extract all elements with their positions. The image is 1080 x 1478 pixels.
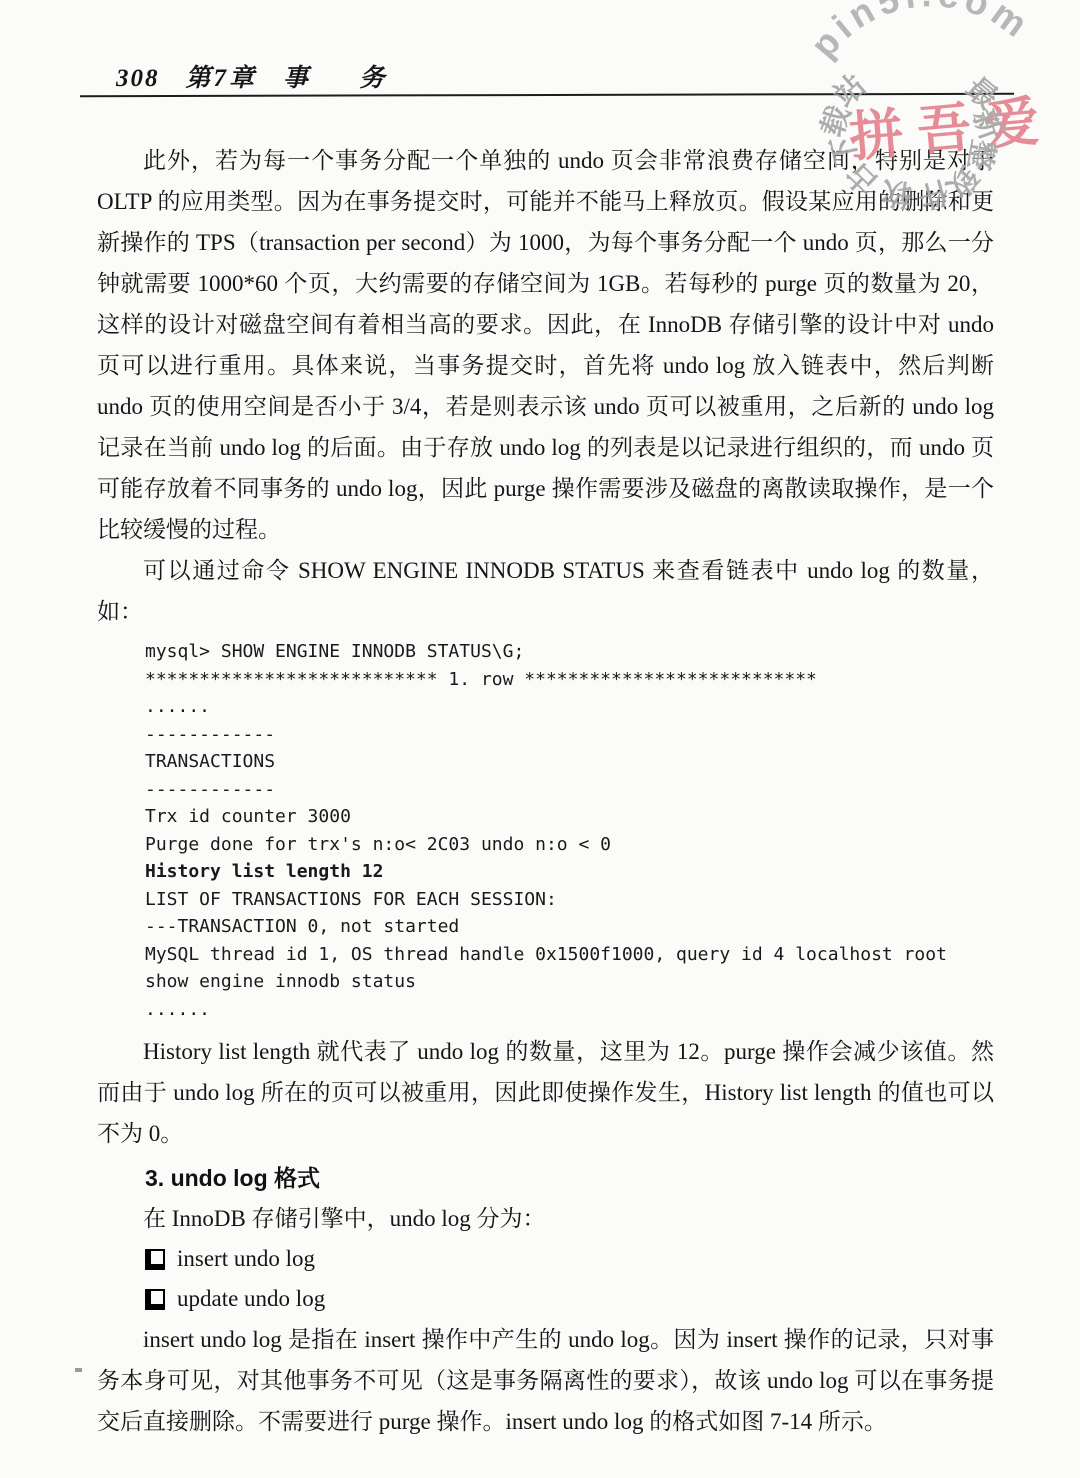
list-item-insert-undo-log: insert undo log bbox=[145, 1239, 994, 1279]
code-line: MySQL thread id 1, OS thread handle 0x15… bbox=[145, 941, 994, 969]
undo-log-type-list: insert undo log update undo log bbox=[97, 1239, 994, 1319]
chapter-label: 第7章 bbox=[186, 58, 258, 94]
chapter-title: 事 务 bbox=[283, 58, 387, 94]
watermark-arc-text: pin5i.com bbox=[803, 0, 1039, 65]
book-page-scan: 308 第7章 事 务 pin5i.com 拼吾爱 站 载 下 古 软 件 致 … bbox=[0, 0, 1080, 1478]
paragraph-undo-page-reuse: 此外，若为每一个事务分配一个单独的 undo 页会非常浪费存储空间，特别是对于 … bbox=[97, 140, 994, 550]
list-item-label: insert undo log bbox=[177, 1246, 315, 1272]
code-line: mysql> SHOW ENGINE INNODB STATUS\G; bbox=[145, 638, 994, 666]
code-line: TRANSACTIONS bbox=[145, 748, 994, 776]
list-item-update-undo-log: update undo log bbox=[145, 1279, 994, 1319]
code-line: Purge done for trx's n:o< 2C03 undo n:o … bbox=[145, 831, 994, 859]
square-bullet-icon bbox=[145, 1289, 165, 1310]
page-body: 此外，若为每一个事务分配一个单独的 undo 页会非常浪费存储空间，特别是对于 … bbox=[97, 140, 994, 1442]
square-bullet-icon bbox=[145, 1249, 165, 1270]
code-line: ...... bbox=[145, 693, 994, 721]
mysql-console-output: mysql> SHOW ENGINE INNODB STATUS\G; ****… bbox=[145, 638, 994, 1023]
page-header: 308 第7章 事 务 bbox=[80, 58, 1014, 96]
paragraph-undo-log-types-intro: 在 InnoDB 存储引擎中，undo log 分为： bbox=[97, 1198, 994, 1239]
paragraph-history-list-length: History list length 就代表了 undo log 的数量，这里… bbox=[97, 1031, 994, 1154]
scan-artifact-speck bbox=[75, 1368, 82, 1372]
code-line: Trx id counter 3000 bbox=[145, 803, 994, 831]
section-heading-undo-log-format: 3. undo log 格式 bbox=[145, 1158, 994, 1198]
code-line: LIST OF TRANSACTIONS FOR EACH SESSION: bbox=[145, 886, 994, 914]
list-item-label: update undo log bbox=[177, 1286, 325, 1312]
ring-char: 载 bbox=[816, 102, 857, 141]
code-line: *************************** 1. row *****… bbox=[145, 666, 994, 694]
code-line: show engine innodb status bbox=[145, 968, 994, 996]
code-line: ...... bbox=[145, 996, 994, 1024]
page-number: 308 bbox=[116, 65, 160, 93]
paragraph-show-engine-intro: 可以通过命令 SHOW ENGINE INNODB STATUS 来查看链表中 … bbox=[97, 550, 994, 632]
code-line-history-list-length: History list length 12 bbox=[145, 858, 994, 886]
code-line: ------------ bbox=[145, 776, 994, 804]
code-line: ---TRANSACTION 0, not started bbox=[145, 913, 994, 941]
code-line: ------------ bbox=[145, 721, 994, 749]
paragraph-insert-undo-log: insert undo log 是指在 insert 操作中产生的 undo l… bbox=[97, 1319, 994, 1442]
ring-char: 新 bbox=[967, 105, 1008, 144]
